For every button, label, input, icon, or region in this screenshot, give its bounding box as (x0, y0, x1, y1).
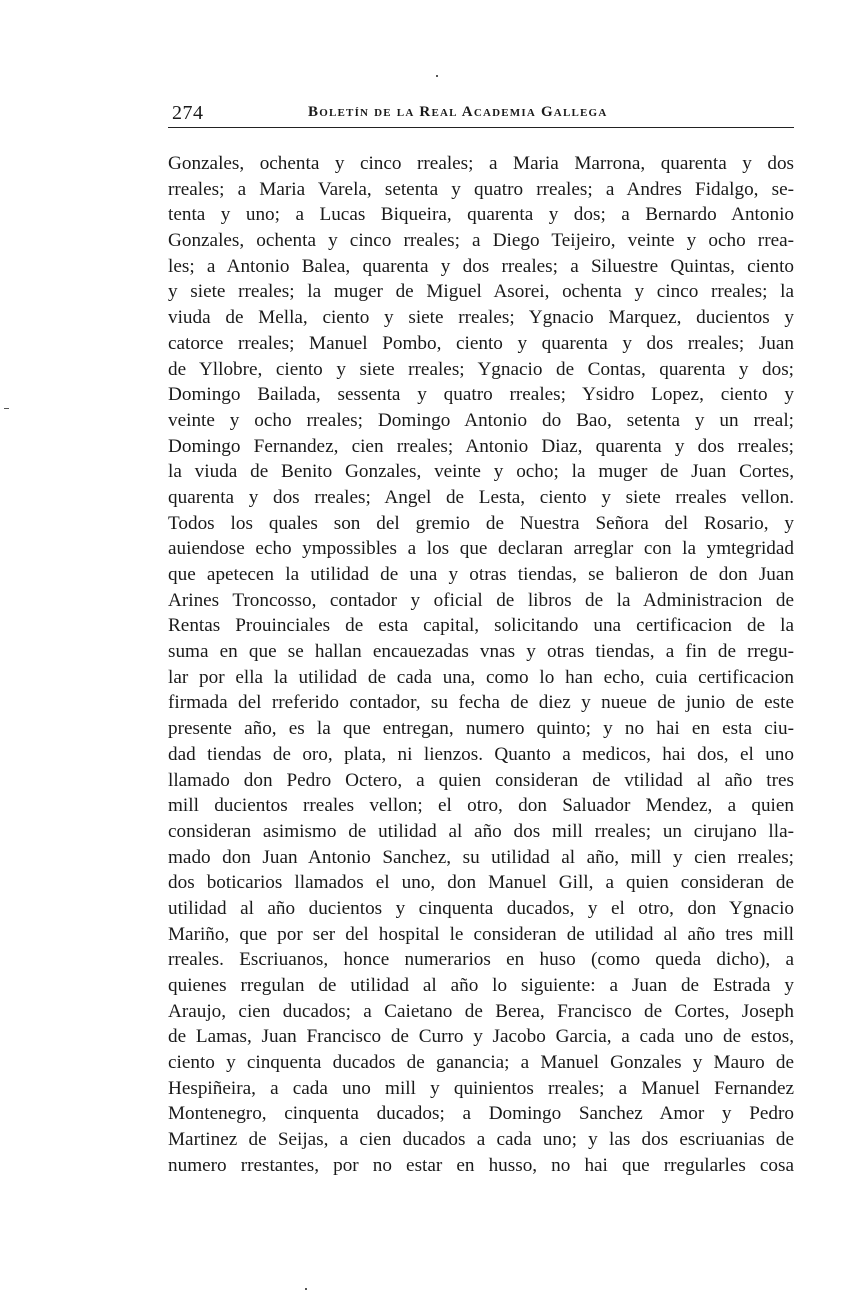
text-line-content: auiendose echo ympossibles a los que dec… (168, 536, 794, 562)
text-line-content: presente año, es la que entregan, numero… (168, 716, 794, 742)
text-line: consideran asimismo de utilidad al año d… (168, 819, 794, 845)
text-line-content: Gonzales, ochenta y cinco rreales; a Die… (168, 228, 794, 254)
text-line: numero rrestantes, por no estar en husso… (168, 1153, 794, 1179)
header-rule (168, 127, 794, 128)
text-line: de Lamas, Juan Francisco de Curro y Jaco… (168, 1024, 794, 1050)
text-line: viuda de Mella, ciento y siete rreales; … (168, 305, 794, 331)
text-line-content: rreales; a Maria Varela, setenta y quatr… (168, 177, 794, 203)
text-line: utilidad al año ducientos y cinquenta du… (168, 896, 794, 922)
text-line: veinte y ocho rreales; Domingo Antonio d… (168, 408, 794, 434)
text-line-content: quienes rregulan de utilidad al año lo s… (168, 973, 794, 999)
body-text: Gonzales, ochenta y cinco rreales; a Mar… (168, 151, 794, 1179)
text-line-content: numero rrestantes, por no estar en husso… (168, 1153, 794, 1179)
text-line-content: de Lamas, Juan Francisco de Curro y Jaco… (168, 1024, 794, 1050)
text-line-content: Araujo, cien ducados; a Caietano de Bere… (168, 999, 794, 1025)
scan-artifact (436, 75, 438, 77)
text-line-content: viuda de Mella, ciento y siete rreales; … (168, 305, 794, 331)
text-line: Araujo, cien ducados; a Caietano de Bere… (168, 999, 794, 1025)
scan-artifact (4, 408, 9, 409)
text-line-content: firmada del rreferido contador, su fecha… (168, 690, 794, 716)
text-line: rreales; a Maria Varela, setenta y quatr… (168, 177, 794, 203)
text-line-content: ciento y cinquenta ducados de ganancia; … (168, 1050, 794, 1076)
text-line: quarenta y dos rreales; Angel de Lesta, … (168, 485, 794, 511)
text-line: quienes rregulan de utilidad al año lo s… (168, 973, 794, 999)
text-line: suma en que se hallan encauezadas vnas y… (168, 639, 794, 665)
text-line: de Yllobre, ciento y siete rreales; Ygna… (168, 357, 794, 383)
text-line: lar por ella la utilidad de cada una, co… (168, 665, 794, 691)
text-line: la viuda de Benito Gonzales, veinte y oc… (168, 459, 794, 485)
text-line: dad tiendas de oro, plata, ni lienzos. Q… (168, 742, 794, 768)
text-line-content: Todos los quales son del gremio de Nuest… (168, 511, 794, 537)
text-line-content: Domingo Bailada, sessenta y quatro rreal… (168, 382, 794, 408)
text-line-content: Arines Troncosso, contador y oficial de … (168, 588, 794, 614)
text-line-content: llamado don Pedro Octero, a quien consid… (168, 768, 794, 794)
text-line: Arines Troncosso, contador y oficial de … (168, 588, 794, 614)
page-number: 274 (172, 102, 204, 125)
book-page: 274 Boletín de la Real Academia Gallega … (0, 0, 850, 1298)
text-line: Todos los quales son del gremio de Nuest… (168, 511, 794, 537)
text-line: dos boticarios llamados el uno, don Manu… (168, 870, 794, 896)
text-line: Martinez de Seijas, a cien ducados a cad… (168, 1127, 794, 1153)
text-line-content: Martinez de Seijas, a cien ducados a cad… (168, 1127, 794, 1153)
text-line-content: suma en que se hallan encauezadas vnas y… (168, 639, 794, 665)
text-line-content: utilidad al año ducientos y cinquenta du… (168, 896, 794, 922)
text-line-content: la viuda de Benito Gonzales, veinte y oc… (168, 459, 794, 485)
text-line-content: Rentas Prouinciales de esta capital, sol… (168, 613, 794, 639)
text-line-content: Hespiñeira, a cada uno mill y quinientos… (168, 1076, 794, 1102)
text-line: Gonzales, ochenta y cinco rreales; a Mar… (168, 151, 794, 177)
text-line: mado don Juan Antonio Sanchez, su utilid… (168, 845, 794, 871)
text-line-content: Montenegro, cinquenta ducados; a Domingo… (168, 1101, 794, 1127)
text-line: Montenegro, cinquenta ducados; a Domingo… (168, 1101, 794, 1127)
text-line: Hespiñeira, a cada uno mill y quinientos… (168, 1076, 794, 1102)
text-line: y siete rreales; la muger de Miguel Asor… (168, 279, 794, 305)
journal-title: Boletín de la Real Academia Gallega (308, 104, 607, 121)
text-line-content: mado don Juan Antonio Sanchez, su utilid… (168, 845, 794, 871)
text-line: Domingo Fernandez, cien rreales; Antonio… (168, 434, 794, 460)
text-line-content: catorce rreales; Manuel Pombo, ciento y … (168, 331, 794, 357)
text-line-content: consideran asimismo de utilidad al año d… (168, 819, 794, 845)
text-line: llamado don Pedro Octero, a quien consid… (168, 768, 794, 794)
text-line-content: lar por ella la utilidad de cada una, co… (168, 665, 794, 691)
text-line-content: Mariño, que por ser del hospital le cons… (168, 922, 794, 948)
text-line: que apetecen la utilidad de una y otras … (168, 562, 794, 588)
text-line-content: dos boticarios llamados el uno, don Manu… (168, 870, 794, 896)
text-line-content: Gonzales, ochenta y cinco rreales; a Mar… (168, 151, 794, 177)
text-line: tenta y uno; a Lucas Biqueira, quarenta … (168, 202, 794, 228)
text-line: presente año, es la que entregan, numero… (168, 716, 794, 742)
text-line: mill ducientos rreales vellon; el otro, … (168, 793, 794, 819)
text-line-content: Domingo Fernandez, cien rreales; Antonio… (168, 434, 794, 460)
text-line: auiendose echo ympossibles a los que dec… (168, 536, 794, 562)
text-line: Domingo Bailada, sessenta y quatro rreal… (168, 382, 794, 408)
text-line: firmada del rreferido contador, su fecha… (168, 690, 794, 716)
text-line-content: de Yllobre, ciento y siete rreales; Ygna… (168, 357, 794, 383)
text-line: Gonzales, ochenta y cinco rreales; a Die… (168, 228, 794, 254)
text-line-content: mill ducientos rreales vellon; el otro, … (168, 793, 794, 819)
text-line: catorce rreales; Manuel Pombo, ciento y … (168, 331, 794, 357)
text-line-content: que apetecen la utilidad de una y otras … (168, 562, 794, 588)
text-line-content: tenta y uno; a Lucas Biqueira, quarenta … (168, 202, 794, 228)
text-line: Rentas Prouinciales de esta capital, sol… (168, 613, 794, 639)
text-line-content: y siete rreales; la muger de Miguel Asor… (168, 279, 794, 305)
scan-artifact (305, 1288, 307, 1290)
text-line-content: rreales. Escriuanos, honce numerarios en… (168, 947, 794, 973)
text-line-content: quarenta y dos rreales; Angel de Lesta, … (168, 485, 794, 511)
text-line-content: dad tiendas de oro, plata, ni lienzos. Q… (168, 742, 794, 768)
text-line-content: les; a Antonio Balea, quarenta y dos rre… (168, 254, 794, 280)
text-line-content: veinte y ocho rreales; Domingo Antonio d… (168, 408, 794, 434)
running-head: 274 Boletín de la Real Academia Gallega (168, 100, 794, 130)
text-line: rreales. Escriuanos, honce numerarios en… (168, 947, 794, 973)
text-line: ciento y cinquenta ducados de ganancia; … (168, 1050, 794, 1076)
text-line: les; a Antonio Balea, quarenta y dos rre… (168, 254, 794, 280)
text-line: Mariño, que por ser del hospital le cons… (168, 922, 794, 948)
